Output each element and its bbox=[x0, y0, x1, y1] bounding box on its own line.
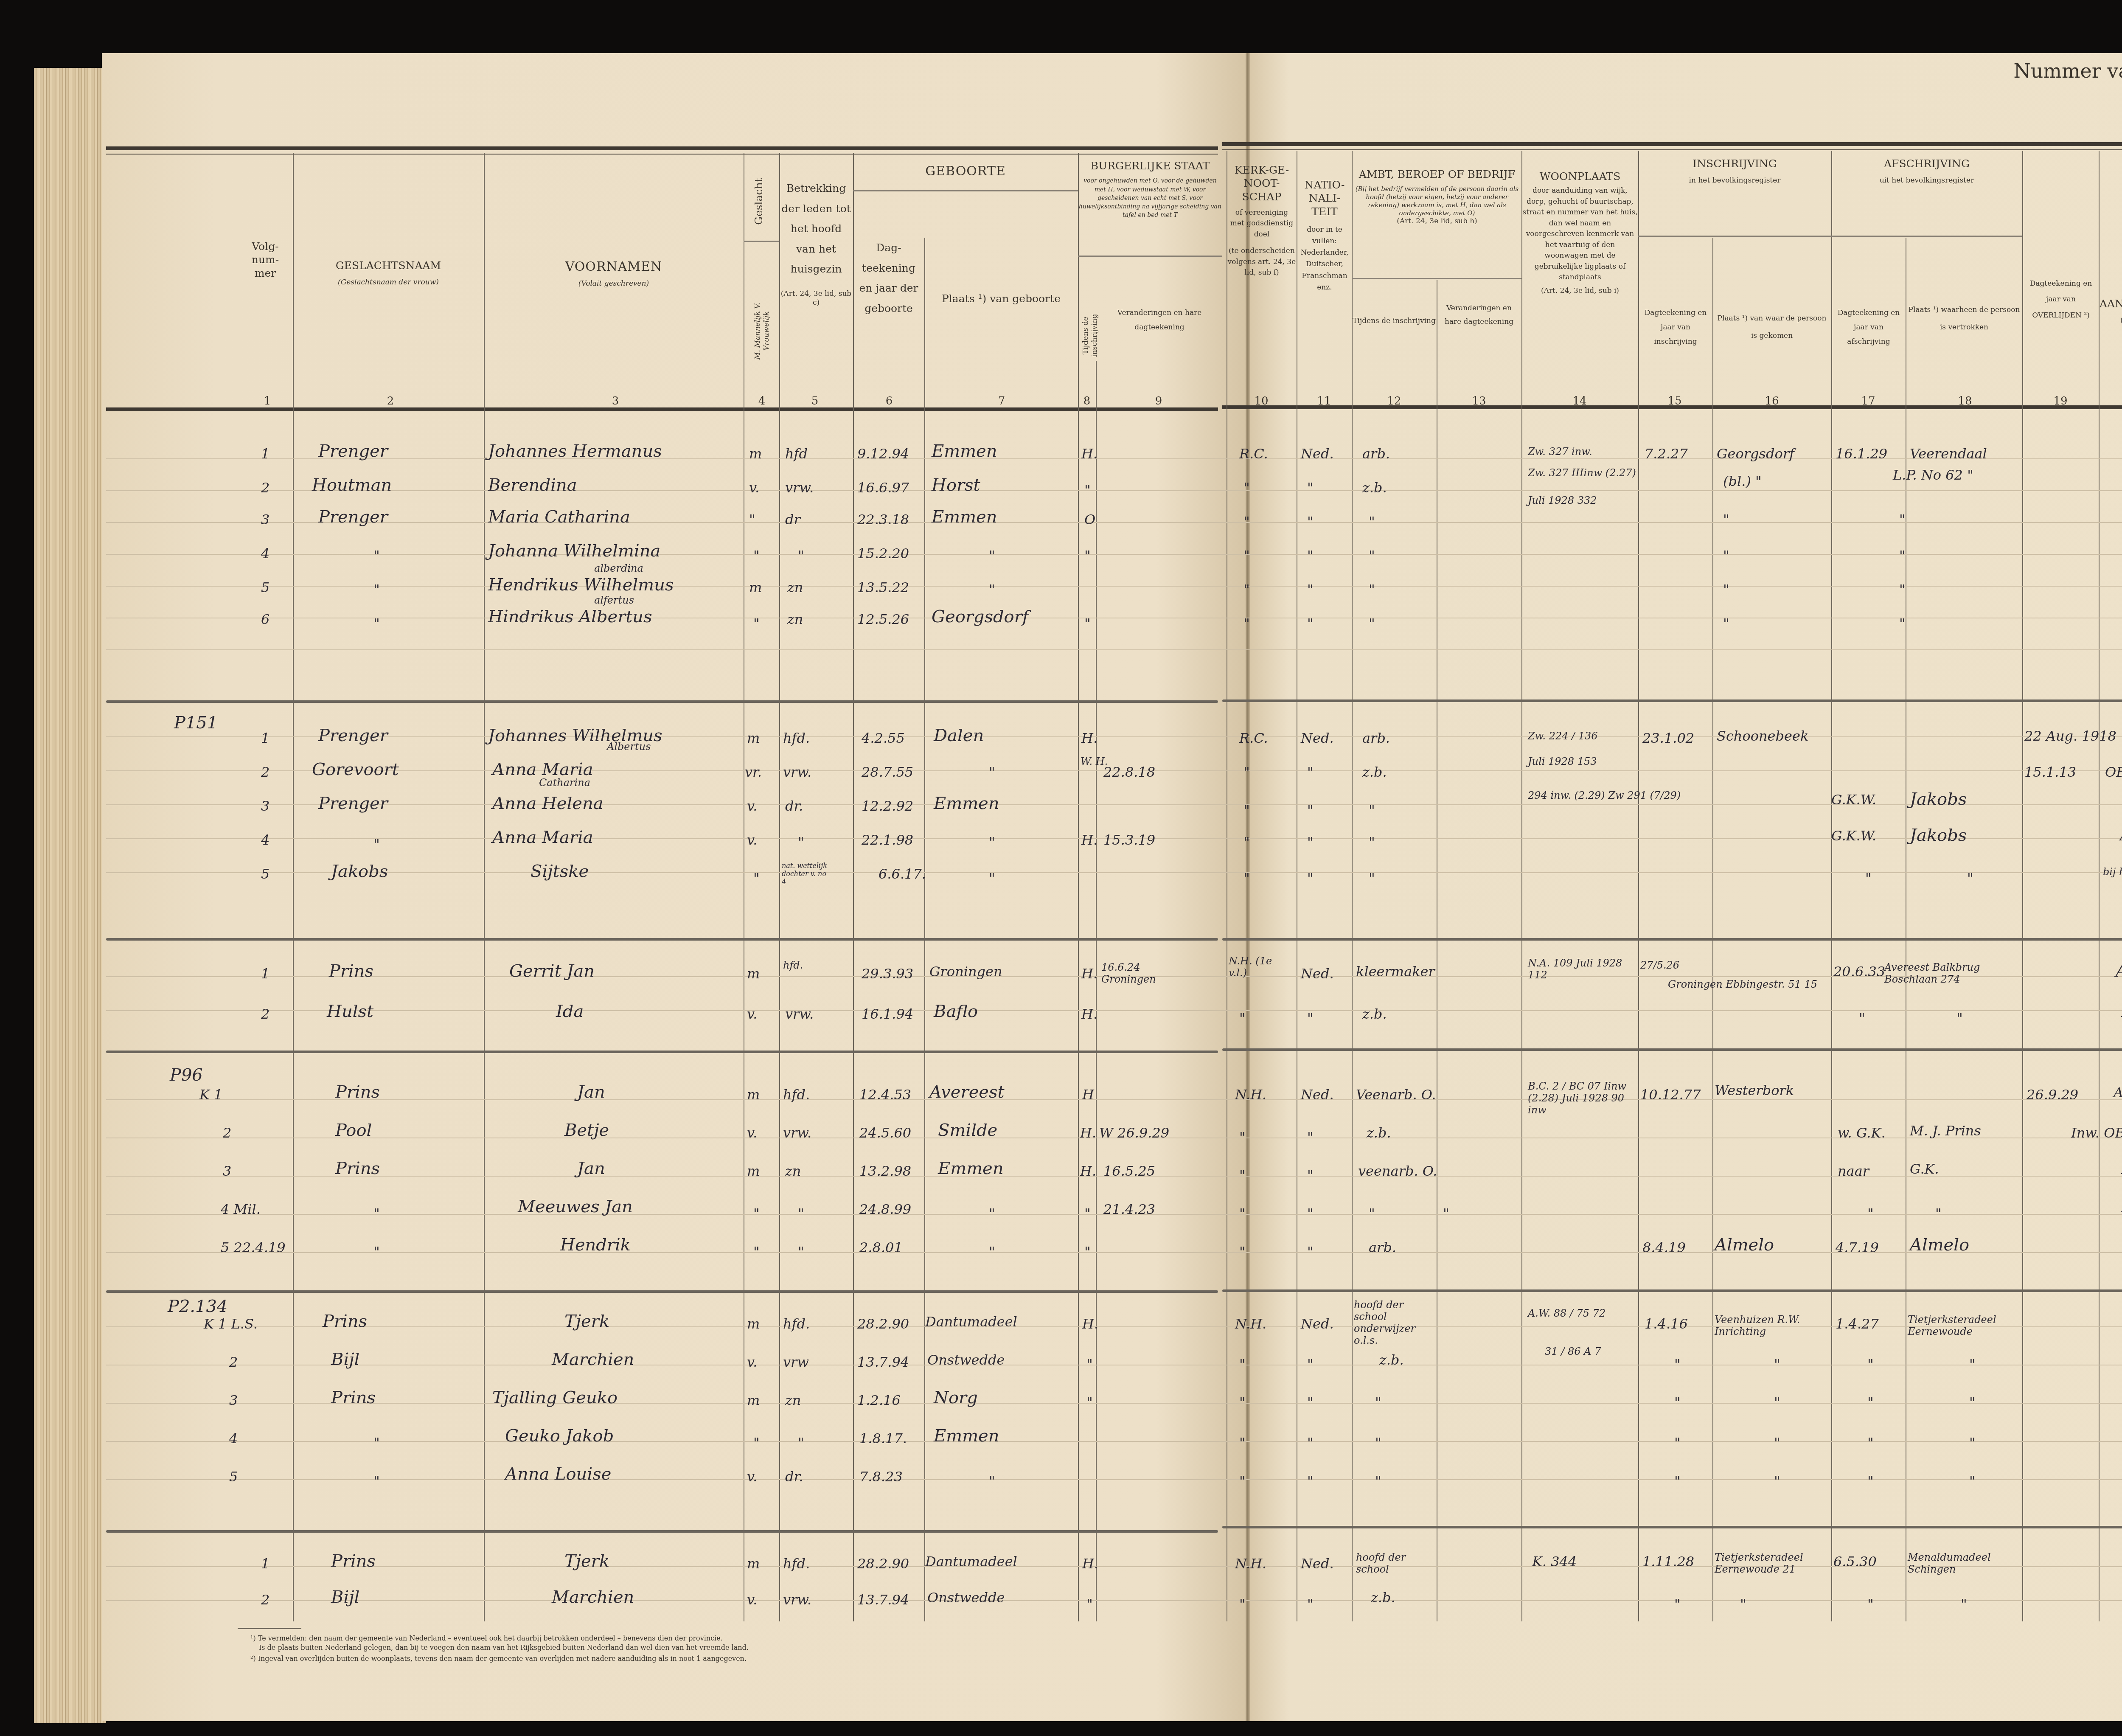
cell-residence: N.A. 109 Juli 1928 112 bbox=[1528, 957, 1630, 981]
col-divider bbox=[2022, 151, 2023, 1621]
cell-given: Sijtske bbox=[530, 862, 589, 881]
col-divider bbox=[1227, 151, 1227, 1621]
cell-sex: m bbox=[747, 1392, 760, 1408]
footnote-1-cont: Is de plaats buiten Nederland gelegen, d… bbox=[259, 1643, 749, 1652]
cell-relation: hfd. bbox=[783, 1316, 810, 1332]
cell-civil-status: H. bbox=[1081, 1006, 1097, 1022]
cell-registration-date: 8.4.19 bbox=[1642, 1239, 1686, 1256]
cell-occupation: arb. bbox=[1362, 446, 1390, 462]
cell-church: " bbox=[1239, 1205, 1246, 1222]
cell-occupation: " bbox=[1369, 870, 1375, 886]
cell-church: " bbox=[1243, 764, 1250, 780]
cell-civil-status-change: W 26.9.29 bbox=[1099, 1125, 1169, 1141]
cell-occupation: " bbox=[1375, 1473, 1381, 1489]
cell-nr: 2 bbox=[261, 1592, 269, 1608]
cell-surname: Prins bbox=[335, 1082, 380, 1102]
header-top-rule-right bbox=[1222, 142, 2122, 146]
header-overlijden: Dagteekening en jaar van OVERLIJDEN ²) bbox=[2023, 276, 2099, 323]
footnote-1: ¹) Te vermelden: den naam der gemeente v… bbox=[250, 1634, 723, 1642]
cell-given: Johanna Wilhelmina bbox=[488, 541, 660, 561]
cell-nr: 5 22.4.19 bbox=[221, 1239, 286, 1256]
cell-deregistration-date: " bbox=[1865, 870, 1872, 886]
header-bottom-rule-left bbox=[106, 407, 1218, 411]
cell-birthdate: 12.4.53 bbox=[859, 1087, 911, 1103]
col-divider bbox=[1078, 153, 1079, 1621]
cell-birthdate: 1.2.16 bbox=[857, 1392, 901, 1408]
cell-came-from: Schoonebeek bbox=[1717, 728, 1808, 744]
cell-birthdate: 29.3.93 bbox=[862, 966, 913, 982]
cell-relation: hfd. bbox=[783, 730, 810, 746]
cell-remarks: ACC. bbox=[2114, 1084, 2122, 1101]
cell-sex: v. bbox=[747, 832, 757, 848]
cell-given: Johannes Hermanus bbox=[488, 441, 662, 461]
cell-civil-status: H. bbox=[1081, 730, 1097, 746]
cell-moved-to: Tietjerksteradeel Eernewoude bbox=[1908, 1314, 2022, 1337]
cell-civil-status: " bbox=[1086, 1394, 1093, 1410]
cell-nationality: " bbox=[1307, 1167, 1314, 1183]
cell-given: Hendrikus Wilhelmus bbox=[488, 575, 674, 595]
cell-deregistration-date: 20.6.33 bbox=[1833, 964, 1885, 980]
footnote-rule bbox=[238, 1628, 301, 1629]
cell-birthplace: " bbox=[989, 581, 995, 598]
cell-occupation: kleermaker bbox=[1356, 964, 1435, 980]
cell-nationality: " bbox=[1307, 1473, 1314, 1489]
cell-birthplace: " bbox=[989, 834, 995, 850]
col-divider bbox=[853, 153, 854, 1621]
cell-residence: Juli 1928 153 bbox=[1528, 756, 1597, 767]
cell-sex: m bbox=[747, 1163, 760, 1179]
cell-nr: 1 bbox=[261, 1556, 269, 1572]
header-ins-plaats: Plaats ¹) van waar de persoon is gekomen bbox=[1713, 310, 1830, 345]
cell-nr: 4 bbox=[229, 1430, 238, 1447]
cell-church: R.C. bbox=[1239, 446, 1268, 462]
cell-civil-status: O bbox=[1084, 511, 1095, 528]
cell-church: " bbox=[1239, 1394, 1246, 1410]
cell-relation: nat. wettelijk dochter v. no 4 bbox=[782, 862, 833, 886]
cell-nr: 3 bbox=[261, 511, 269, 528]
header-ins-dag: Dagteekening en jaar van inschrijving bbox=[1639, 306, 1712, 349]
cell-nr: 3 bbox=[223, 1163, 231, 1179]
cell-came-from: " bbox=[1774, 1435, 1780, 1451]
cell-deregistration-date: " bbox=[1859, 1010, 1865, 1026]
cell-sex: " bbox=[753, 1435, 760, 1451]
header-geslachtsnaam: GESLACHTSNAAM (Geslachtsnaam der vrouw) bbox=[293, 259, 484, 287]
cell-sex: m bbox=[749, 579, 762, 596]
cell-relation: " bbox=[798, 834, 804, 850]
cell-sex: m bbox=[747, 1316, 760, 1332]
cell-birthdate: 6.6.17. bbox=[879, 866, 926, 882]
cell-given: Anna Louise bbox=[505, 1464, 611, 1484]
cell-relation: " bbox=[798, 1244, 804, 1260]
header-volgnummer: Volg- num- mer bbox=[238, 240, 293, 280]
colnum: 12 bbox=[1381, 395, 1407, 407]
cell-sex: " bbox=[753, 1244, 760, 1260]
cell-deregistration-date: " bbox=[1867, 1435, 1874, 1451]
cell-sex: v. bbox=[747, 1592, 757, 1608]
cell-given: Maria Catharina bbox=[488, 507, 630, 527]
cell-nr: 1 bbox=[261, 446, 269, 462]
cell-occupation: " bbox=[1369, 615, 1375, 632]
cell-remarks: ACC. bbox=[2120, 828, 2122, 844]
cell-nr: K 1 bbox=[199, 1087, 222, 1103]
cell-remarks: ACC bbox=[2116, 961, 2122, 981]
cell-nationality: " bbox=[1307, 1010, 1314, 1026]
header-geslacht-sub: M. Mannelijk V. Vrouwelijk bbox=[753, 297, 772, 365]
cell-birthdate: 9.12.94 bbox=[857, 446, 909, 462]
cell-birthdate: 28.7.55 bbox=[862, 764, 913, 780]
block-separator bbox=[106, 1051, 1218, 1053]
cell-given: Tjerk bbox=[564, 1551, 609, 1571]
cell-civil-status-change: 16.6.24 Groningen bbox=[1101, 961, 1178, 985]
colnum: 1 bbox=[255, 395, 280, 407]
cell-birthplace: Onstwedde bbox=[927, 1352, 1005, 1368]
header-afs-plaats: Plaats ¹) waarheen de persoon is vertrok… bbox=[1906, 301, 2022, 336]
cell-moved-to: " bbox=[1969, 1473, 1976, 1489]
cell-church: N.H. bbox=[1235, 1316, 1266, 1332]
cell-birthplace: " bbox=[989, 1205, 995, 1222]
cell-birthplace: " bbox=[989, 870, 995, 886]
cell-given: Tjalling Geuko bbox=[492, 1388, 618, 1407]
cell-given: Anna Helena bbox=[492, 794, 603, 813]
cell-surname: Gorevoort bbox=[312, 760, 399, 779]
cell-birthplace: Norg bbox=[934, 1388, 978, 1407]
cell-death-date: 22 Aug. 1918 bbox=[2024, 728, 2116, 744]
cell-occupation: " bbox=[1369, 834, 1375, 850]
header-aanmerkingen: AANMERKINGEN (Art. 24, 5e lid) bbox=[2100, 297, 2122, 326]
block-separator bbox=[106, 700, 1218, 703]
cell-civil-status-change: 21.4.23 bbox=[1103, 1201, 1155, 1217]
cell-birthplace: " bbox=[989, 1473, 995, 1489]
cell-came-from: Groningen Ebbingestr. 51 15 bbox=[1668, 978, 1829, 990]
sheet-number-label: Nummer van het blad bbox=[2013, 59, 2122, 82]
cell-moved-to: " bbox=[1899, 615, 1906, 632]
cell-deregistration-date: 4.7.19 bbox=[1836, 1239, 1879, 1256]
cell-nationality: " bbox=[1307, 802, 1314, 818]
header-ambt-veranderingen: Veranderingen en hare dagteekening bbox=[1437, 301, 1521, 329]
cell-civil-status: " bbox=[1086, 1356, 1093, 1372]
cell-came-from: " bbox=[1774, 1473, 1780, 1489]
cell-church: " bbox=[1239, 1473, 1246, 1489]
cell-relation: " bbox=[798, 1205, 804, 1222]
cell-birthplace: Onstwedde bbox=[927, 1590, 1005, 1606]
cell-church: " bbox=[1243, 802, 1250, 818]
block-separator bbox=[1222, 1048, 2122, 1051]
cell-moved-to: " bbox=[1969, 1394, 1976, 1410]
cell-surname: " bbox=[373, 548, 380, 564]
cell-relation: dr. bbox=[785, 1469, 803, 1485]
cell-church: " bbox=[1239, 1167, 1246, 1183]
cell-came-from: Veenhuizen R.W. Inrichting bbox=[1715, 1314, 1829, 1337]
cell-moved-to: Menaldumadeel Schingen bbox=[1908, 1551, 2022, 1575]
cell-moved-to: " bbox=[1956, 1010, 1963, 1026]
cell-nr: 6 bbox=[261, 611, 269, 627]
cell-moved-to: " bbox=[1967, 870, 1973, 886]
cell-surname: Prenger bbox=[318, 441, 388, 461]
cell-occupation: hoofd der school onderwijzer o.l.s. bbox=[1354, 1299, 1439, 1346]
cell-given: Betje bbox=[564, 1121, 609, 1140]
cell-residence: K. 344 bbox=[1532, 1553, 1577, 1570]
cell-registration-date: " bbox=[1674, 1394, 1681, 1410]
cell-church: " bbox=[1243, 480, 1250, 496]
cell-relation: hfd bbox=[785, 446, 808, 462]
cell-birthplace: " bbox=[989, 1244, 995, 1260]
cell-deregistration-date: 16.1.29 bbox=[1836, 446, 1887, 462]
cell-birthdate: 1.8.17. bbox=[859, 1430, 907, 1447]
header-ambt-tijdens: Tijdens de inschrijving bbox=[1353, 314, 1436, 328]
colnum: 6 bbox=[876, 395, 902, 407]
header-top-rule-right-thin bbox=[1222, 149, 2122, 150]
header-nationaliteit: NATIO-NALI-TEIT door in te vullen: Neder… bbox=[1297, 178, 1352, 293]
cell-church: " bbox=[1239, 1356, 1246, 1372]
cell-birthplace: Emmen bbox=[934, 794, 999, 813]
colnum: 8 bbox=[1074, 395, 1100, 407]
cell-nr: 4 bbox=[261, 832, 269, 848]
cell-surname: Prins bbox=[335, 1159, 380, 1178]
cell-birthdate: 28.2.90 bbox=[857, 1316, 909, 1332]
cell-residence: Zw. 327 IIIinw (2.27) bbox=[1528, 467, 1636, 479]
cell-relation: " bbox=[798, 548, 804, 564]
cell-nr: 3 bbox=[229, 1392, 238, 1408]
cell-sex: " bbox=[753, 548, 760, 564]
cell-nationality: " bbox=[1307, 514, 1314, 530]
cell-sex: v. bbox=[747, 1354, 757, 1370]
colnum: 3 bbox=[603, 395, 628, 407]
colnum: 19 bbox=[2048, 395, 2073, 407]
cell-remarks: OBR. ACC. bbox=[2105, 764, 2122, 780]
cell-came-from: " bbox=[1723, 548, 1729, 564]
cell-surname: Houtman bbox=[312, 475, 392, 495]
cell-nationality: " bbox=[1307, 615, 1314, 632]
cell-deregistration-date: 6.5.30 bbox=[1833, 1553, 1877, 1570]
cell-birthplace: Groningen bbox=[929, 964, 1002, 980]
cell-deregistration-date: " bbox=[1867, 1205, 1874, 1222]
cell-moved-to: G.K. bbox=[1910, 1161, 1939, 1177]
cell-surname: Bijl bbox=[331, 1587, 359, 1607]
cell-occupation: hoofd der school bbox=[1356, 1551, 1432, 1575]
header-betrekking: Betrekking der leden tot het hoofd van h… bbox=[780, 178, 852, 307]
col-divider bbox=[1906, 238, 1906, 1621]
cell-deregistration-date: G.K.W. bbox=[1831, 828, 1876, 844]
cell-given-annotation: Catharina bbox=[539, 777, 590, 789]
cell-residence: B.C. 2 / BC 07 Iinw (2.28) Juli 1928 90 … bbox=[1528, 1080, 1630, 1116]
cell-birthdate: 22.3.18 bbox=[857, 511, 909, 528]
header-ambt: AMBT, BEROEP OF BEDRIJF (Bij het bedrijf… bbox=[1353, 168, 1521, 226]
header-afschrijving: AFSCHRIJVING uit het bevolkingsregister bbox=[1831, 157, 2022, 185]
cell-civil-status-change: 16.5.25 bbox=[1103, 1163, 1155, 1179]
cell-occupation: z.b. bbox=[1371, 1590, 1395, 1606]
cell-church: " bbox=[1239, 1244, 1246, 1260]
cell-deregistration-date: w. G.K. bbox=[1838, 1125, 1886, 1141]
book-gutter bbox=[1246, 53, 1250, 1721]
cell-moved-to: Avereest Balkbrug Boschlaan 274 bbox=[1884, 961, 2020, 985]
cell-nationality: Ned. bbox=[1301, 1556, 1334, 1572]
header-geboorte: GEBOORTE bbox=[853, 163, 1078, 180]
cell-occupation: arb. bbox=[1362, 730, 1390, 746]
cell-deregistration-date: " bbox=[1867, 1596, 1874, 1612]
col-divider bbox=[744, 153, 744, 1621]
cell-nationality: " bbox=[1307, 1129, 1314, 1145]
cell-surname: " bbox=[373, 836, 380, 852]
col-divider bbox=[1352, 151, 1353, 1621]
colnum: 10 bbox=[1249, 395, 1274, 407]
cell-death-date: 26.9.29 bbox=[2027, 1087, 2078, 1103]
cell-registration-date: 1.4.16 bbox=[1645, 1316, 1688, 1332]
cell-came-from: " bbox=[1723, 615, 1729, 632]
cell-moved-to: " bbox=[1969, 1356, 1976, 1372]
cell-birthdate: 22.1.98 bbox=[862, 832, 913, 848]
cell-church: " bbox=[1243, 870, 1250, 886]
cell-sex: m bbox=[747, 966, 760, 982]
cell-nr: 5 bbox=[229, 1469, 238, 1485]
cell-birthplace: Baflo bbox=[934, 1002, 978, 1021]
cell-came-from: Almelo bbox=[1715, 1235, 1774, 1255]
header-geboorte-plaats: Plaats ¹) van geboorte bbox=[925, 289, 1077, 309]
cell-came-from: Tietjerksteradeel Eernewoude 21 bbox=[1715, 1551, 1829, 1575]
cell-surname: " bbox=[373, 1244, 380, 1260]
header-voornamen: VOORNAMEN (Volait geschreven) bbox=[484, 259, 744, 288]
cell-civil-status: " bbox=[1084, 1244, 1091, 1260]
cell-occupation: z.b. bbox=[1362, 764, 1387, 780]
cell-moved-to: " bbox=[1935, 1205, 1942, 1222]
cell-sex: v. bbox=[747, 1006, 757, 1022]
cell-nationality: " bbox=[1307, 581, 1314, 598]
col-divider bbox=[1638, 151, 1639, 1621]
cell-surname: Prenger bbox=[318, 794, 388, 813]
cell-moved-to: M. J. Prins bbox=[1910, 1123, 1981, 1139]
cell-residence: Zw. 327 inw. bbox=[1528, 446, 1592, 458]
cell-nr: 2 bbox=[223, 1125, 231, 1141]
cell-remarks: Inw. OBR. AK. ACC. bbox=[2071, 1125, 2122, 1141]
cell-occupation: " bbox=[1375, 1435, 1381, 1451]
cell-birthdate: 16.1.94 bbox=[862, 1006, 913, 1022]
colnum: 5 bbox=[802, 395, 828, 407]
colnum: 2 bbox=[378, 395, 403, 407]
cell-moved-to: " bbox=[1899, 581, 1906, 598]
cell-moved-to: Jakobs bbox=[1910, 789, 1967, 809]
col-divider bbox=[1831, 151, 1832, 1621]
cell-civil-status: " bbox=[1084, 615, 1091, 632]
cell-deregistration-date: naar bbox=[1838, 1163, 1869, 1179]
cell-given: Berendina bbox=[488, 475, 577, 495]
header-burgerlijke-staat: BURGERLIJKE STAAT voor ongehuwden met O,… bbox=[1078, 159, 1222, 220]
cell-registration-date: " bbox=[1674, 1356, 1681, 1372]
cell-civil-status: " bbox=[1084, 548, 1091, 564]
cell-occupation: z.b. bbox=[1362, 480, 1387, 496]
cell-relation: zn bbox=[787, 579, 803, 596]
cell-surname: Prins bbox=[329, 961, 373, 981]
page-edges-left bbox=[34, 68, 106, 1723]
cell-birthplace: Smilde bbox=[938, 1121, 997, 1140]
cell-surname: " bbox=[373, 1473, 380, 1489]
colnum: 15 bbox=[1662, 395, 1687, 407]
cell-given: Anna Maria bbox=[492, 828, 593, 847]
cell-birthdate: 24.5.60 bbox=[859, 1125, 911, 1141]
colnum: 4 bbox=[749, 395, 775, 407]
col-divider bbox=[1297, 151, 1297, 1621]
cell-surname: Pool bbox=[335, 1121, 372, 1140]
cell-given-annotation: alberdina bbox=[594, 562, 643, 574]
colnum: 9 bbox=[1146, 395, 1171, 407]
cell-relation: vrw. bbox=[785, 480, 814, 496]
cell-given: Hindrikus Albertus bbox=[488, 607, 652, 626]
colnum: 16 bbox=[1759, 395, 1785, 407]
cell-came-from: " bbox=[1774, 1356, 1780, 1372]
cell-deregistration-date: " bbox=[1867, 1394, 1874, 1410]
cell-relation: vrw. bbox=[783, 1592, 811, 1608]
header-top-rule-left-thin bbox=[106, 154, 1218, 154]
cell-registration-date: " bbox=[1674, 1435, 1681, 1451]
cell-birthplace: Georgsdorf bbox=[932, 607, 1029, 626]
cell-registration-date: 23.1.02 bbox=[1642, 730, 1694, 746]
col-divider bbox=[293, 153, 294, 1621]
cell-surname: " bbox=[373, 615, 380, 632]
cell-residence: Juli 1928 332 bbox=[1528, 494, 1597, 506]
cell-sex: v. bbox=[747, 798, 757, 814]
cell-surname: Prenger bbox=[318, 726, 388, 745]
colnum: 13 bbox=[1466, 395, 1492, 407]
col-divider bbox=[2099, 151, 2100, 1621]
cell-sex: vr. bbox=[745, 764, 762, 780]
cell-sex: " bbox=[753, 870, 760, 886]
cell-deregistration-date: " bbox=[1867, 1356, 1874, 1372]
cell-came-from: Westerbork bbox=[1715, 1082, 1794, 1098]
cell-nr: 2 bbox=[261, 1006, 269, 1022]
cell-birthdate: 13.7.94 bbox=[857, 1354, 909, 1370]
cell-relation: vrw. bbox=[783, 1125, 811, 1141]
ambt-subrule bbox=[1352, 278, 1521, 279]
cell-relation: dr bbox=[785, 511, 800, 528]
cell-nr: 1 bbox=[261, 730, 269, 746]
cell-occupation: veenarb. O. bbox=[1358, 1163, 1437, 1179]
cell-birthdate: 12.2.92 bbox=[862, 798, 913, 814]
cell-birthdate: 13.2.98 bbox=[859, 1163, 911, 1179]
cell-relation: zn bbox=[787, 611, 803, 627]
cell-given-annotation: Albertus bbox=[607, 741, 651, 753]
cell-civil-status: H. bbox=[1081, 966, 1097, 982]
cell-came-from: " bbox=[1774, 1394, 1780, 1410]
footnote-2: ²) Ingeval van overlijden buiten de woon… bbox=[250, 1655, 747, 1663]
cell-nationality: Ned. bbox=[1301, 966, 1334, 982]
cell-civil-status-change: 15.3.19 bbox=[1103, 832, 1155, 848]
cell-given-annotation: alfertus bbox=[594, 594, 634, 606]
cell-occupation: z.b. bbox=[1362, 1006, 1387, 1022]
block-separator bbox=[106, 1290, 1218, 1293]
cell-nationality: " bbox=[1307, 1205, 1314, 1222]
cell-given: Ida bbox=[556, 1002, 584, 1021]
cell-occupation: z.b. bbox=[1367, 1125, 1391, 1141]
cell-occupation: arb. bbox=[1369, 1239, 1396, 1256]
geboorte-subrule bbox=[853, 190, 1078, 191]
col-divider bbox=[779, 153, 780, 1621]
cell-surname: Prins bbox=[323, 1312, 367, 1331]
cell-surname: " bbox=[373, 1205, 380, 1222]
cell-sex: v. bbox=[747, 1469, 757, 1485]
cell-relation: zn bbox=[785, 1392, 801, 1408]
header-geboorte-dag: Dag-teekening en jaar der geboorte bbox=[854, 238, 923, 318]
cell-birthdate: 2.8.01 bbox=[859, 1239, 903, 1256]
cell-birthplace: Dantumadeel bbox=[925, 1553, 1017, 1570]
cell-deregistration-date: G.K.W. bbox=[1831, 792, 1876, 808]
cell-relation: zn bbox=[785, 1163, 801, 1179]
cell-given: Geuko Jakob bbox=[505, 1426, 614, 1446]
cell-given: Marchien bbox=[552, 1587, 634, 1607]
cell-sex: m bbox=[747, 1087, 760, 1103]
header-geslacht: Geslacht bbox=[752, 170, 765, 233]
cell-occupation: " bbox=[1375, 1394, 1381, 1410]
cell-relation: vrw. bbox=[783, 764, 811, 780]
block-separator bbox=[106, 938, 1218, 941]
cell-church: N.H. bbox=[1235, 1087, 1266, 1103]
